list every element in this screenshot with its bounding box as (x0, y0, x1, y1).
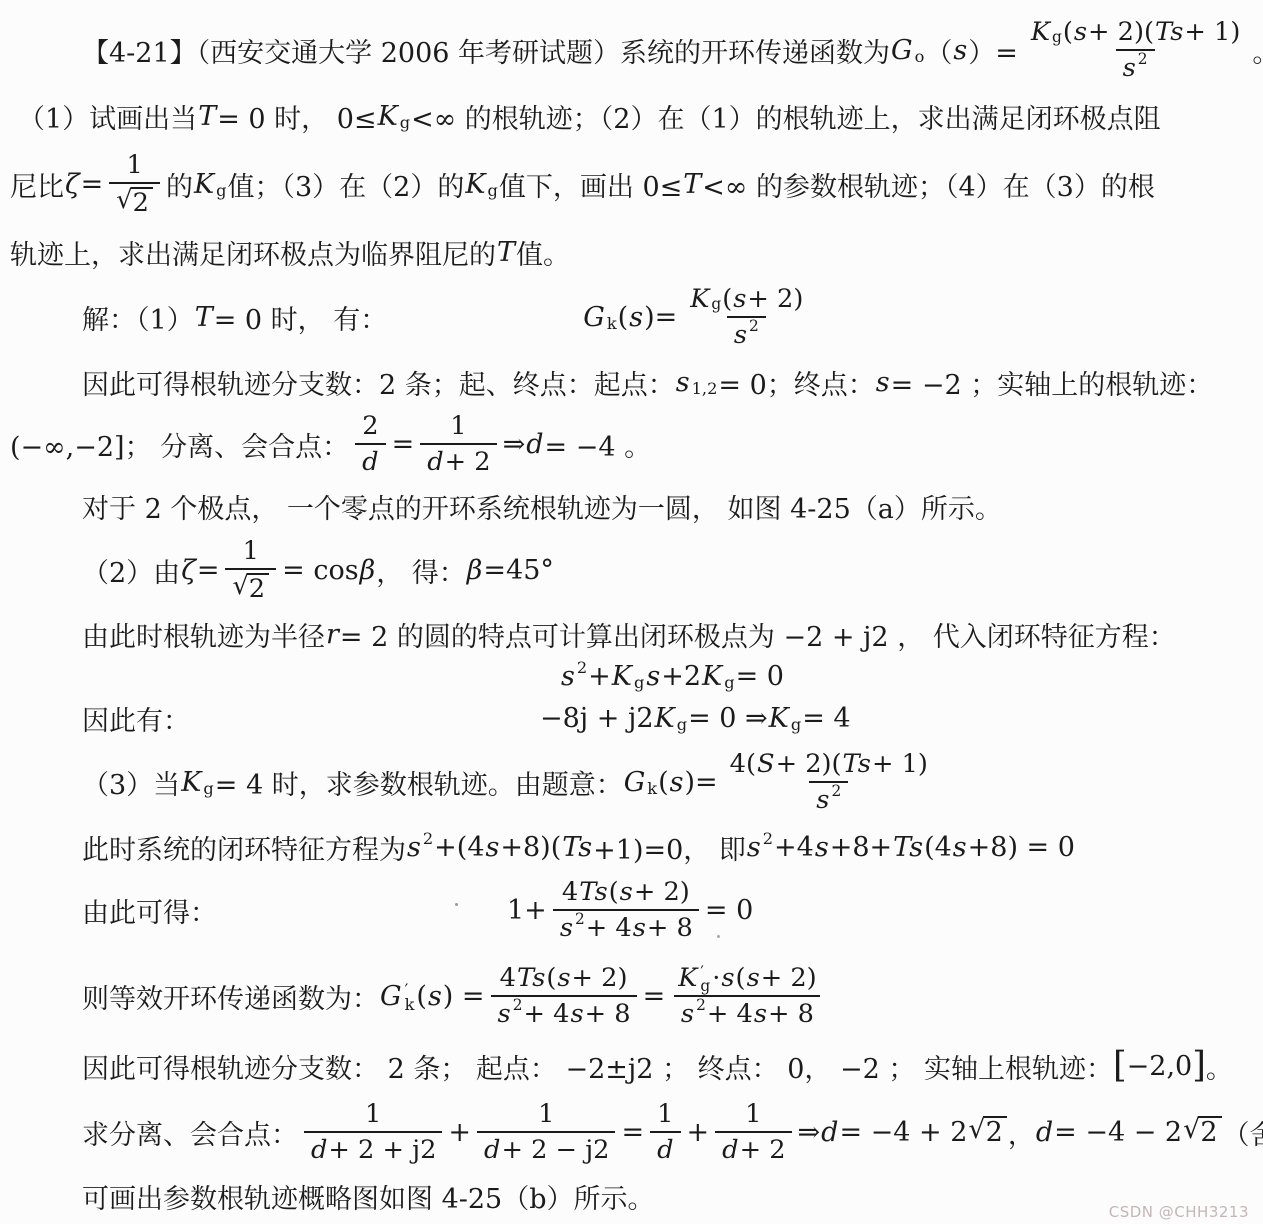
denominator: s2 (809, 781, 848, 815)
text-run: + 2) (572, 964, 628, 993)
fraction: 1√2 (225, 537, 276, 603)
text-run: + 2 (445, 448, 491, 477)
fraction: 4Ts(s + 2)s2 + 4s + 8 (553, 878, 699, 942)
math-var: ζ (180, 555, 197, 586)
text-run: )= (685, 767, 718, 798)
math-var: d (1035, 1117, 1054, 1148)
denominator: d + 2 (715, 1131, 791, 1165)
text-run: （3）当 (82, 763, 180, 802)
part1-breakaway-line: (−∞,−2]； 分离、会合点： 2d = 1d + 2 ⇒ d = −4 。 (0, 404, 1263, 484)
math-var: s (619, 878, 634, 907)
numerator: 1 (532, 1100, 560, 1131)
subscript: g (634, 673, 644, 692)
superscript: 2 (1138, 51, 1148, 68)
subscript: k (647, 779, 657, 798)
line-label: 因此有： (82, 699, 190, 738)
text-run: ( (722, 285, 732, 314)
text-run: 尼比 (10, 165, 64, 204)
text-run: + 2 − j2 (501, 1136, 609, 1165)
text-run: 2 (986, 1117, 1003, 1148)
denominator: d + 2 (420, 443, 496, 477)
text-run: = 4 (802, 703, 850, 734)
fraction: 1d + 2 + j2 (304, 1100, 442, 1164)
math-var: s (732, 285, 747, 314)
superscript: 2 (763, 829, 773, 848)
text-run: 【4-21】（西安交通大学 2006 年考研试题）系统的开环传递函数为 (82, 31, 890, 70)
text-run: · (712, 964, 720, 993)
text-run: 2 (133, 188, 149, 218)
text-run: ， (1008, 1113, 1035, 1152)
text-run: 4 (562, 878, 578, 907)
part3-breakaway-line: 求分离、会合点： 1d + 2 + j2+1d + 2 − j2 = 1d+1d… (0, 1090, 1263, 1174)
text-run: 轨迹上，求出满足闭环极点为临界阻尼的 (10, 233, 496, 272)
text-run: = (81, 169, 104, 200)
text-run: <∞ 的参数根轨迹；（4）在（3）的根 (702, 165, 1155, 204)
text-run: 解：（1） (82, 298, 194, 337)
fraction: 1d + 2 (715, 1100, 791, 1164)
radicand: 2 (247, 573, 269, 603)
problem-statement-line-3: 尼比 ζ = 1√2 的 Kg 值；（3）在（2）的 Kg 值下，画出 0≤T<… (0, 138, 1263, 230)
math-var: K (377, 101, 399, 132)
superscript: 2 (696, 997, 706, 1014)
text-run: ( (618, 302, 629, 333)
text-run: 。 (1252, 31, 1263, 70)
math-var: s (632, 914, 647, 943)
text-run: 值。 (516, 233, 570, 272)
radicand: 2 (131, 187, 153, 217)
math-var: s (1073, 18, 1088, 47)
text-run: = 0 (705, 895, 753, 926)
math-var: d (361, 448, 379, 477)
subscript: g (711, 296, 721, 313)
text-run: 因此有： (82, 699, 190, 738)
superscript: 2 (577, 658, 587, 677)
subscript: g (400, 113, 410, 132)
math-var: d (525, 429, 544, 460)
math-var: T (496, 237, 516, 268)
math-var: s (675, 367, 691, 398)
text-run: = (643, 981, 666, 1012)
text-run: = 0 时， 0≤ (217, 97, 376, 136)
math-var: ζ (64, 169, 81, 200)
math-var: s (814, 832, 830, 863)
math-var: Ts (1154, 18, 1184, 47)
text-run: ( (1063, 18, 1073, 47)
text-run: )= (644, 302, 677, 333)
text-run: + 8 (585, 1000, 631, 1029)
math-var: T (197, 101, 217, 132)
math-var: s (815, 786, 830, 815)
scanned-document-page: 【4-21】（西安交通大学 2006 年考研试题）系统的开环传递函数为 Go（s… (0, 0, 1263, 1224)
math-var: K (1030, 18, 1051, 47)
numerator: 1 (120, 151, 148, 182)
text-run: + 2)( (1088, 18, 1154, 47)
text-run: + 4 (707, 1000, 753, 1029)
text-run: ⇒ (798, 1117, 821, 1148)
math-var: K (689, 285, 710, 314)
text-run: = 4 时，求参数根轨迹。由题意： (215, 763, 623, 802)
text-run: + 2) (761, 964, 817, 993)
text-run: +8+ (830, 832, 892, 863)
csdn-watermark: CSDN @CHH3213 (1109, 1203, 1249, 1221)
fraction: Kg(s + 2)(Ts + 1)s2 (1024, 18, 1247, 82)
math-var: s (875, 367, 891, 398)
text-run: −2,0 (1127, 1051, 1193, 1082)
part3-derived-equation: 由此可得： 1+4Ts(s + 2)s2 + 4s + 8 = 0 (0, 870, 1263, 950)
radicand: 2 (1198, 1116, 1221, 1147)
text-run: + 8 (768, 1000, 814, 1029)
math-var: K (677, 964, 698, 993)
math-var: d (426, 448, 444, 477)
text-run: ( (609, 878, 619, 907)
line-formula: Gk(s)= Kg(s + 2)s2 (582, 285, 815, 349)
math-var: s (1122, 54, 1137, 83)
text-run: +(4 (434, 832, 484, 863)
square-root: √2 (1183, 1116, 1221, 1147)
text-run: 1 (365, 1100, 381, 1129)
text-run: 求分离、会合点： (82, 1113, 298, 1152)
line-formula: −8j + j2Kg = 0 ⇒ Kg = 4 (540, 703, 851, 734)
text-run: = 0 ⇒ (688, 703, 768, 734)
numerator: Kg(s + 2) (683, 285, 809, 316)
math-var: K (193, 169, 215, 200)
part2-zeta-line: （2）由 ζ = 1√2 = cosβ ， 得： β =45° (0, 528, 1263, 612)
text-run: 由此可得： (82, 891, 217, 930)
math-var: Ts (578, 878, 608, 907)
part2-kg-result: 因此有： −8j + j2Kg = 0 ⇒ Kg = 4 (0, 696, 1263, 740)
math-var: s (669, 767, 685, 798)
text-run: 2 (362, 412, 378, 441)
sub-letter: g (700, 980, 710, 994)
text-run: + 2)( (776, 750, 842, 779)
math-var: d (483, 1136, 501, 1165)
denominator: d (355, 443, 385, 477)
math-var: K (180, 767, 202, 798)
text-run: 1 (657, 1100, 673, 1129)
square-root: √2 (116, 187, 153, 217)
superscript: 2 (831, 783, 841, 800)
math-var: s (952, 35, 968, 66)
text-run: ( (658, 767, 669, 798)
math-var: S (756, 750, 776, 779)
text-run: = 0 时， 有： (214, 298, 388, 337)
superscript: 2 (575, 911, 585, 928)
text-run: (4 (924, 832, 952, 863)
math-var: T (682, 169, 702, 200)
text-run: +8) = 0 (968, 832, 1075, 863)
text-run: 因此可得根轨迹分支数： 2 条； 起点： −2±j2 ； 终点： 0， −2 ；… (82, 1047, 1113, 1086)
text-run: ， 得： (376, 551, 466, 590)
subscript: g (203, 779, 213, 798)
math-var: K (654, 703, 676, 734)
math-var: G (582, 302, 606, 333)
subscript: g (488, 181, 498, 200)
numerator: 1 (444, 412, 472, 443)
problem-statement-line-1: 【4-21】（西安交通大学 2006 年考研试题）系统的开环传递函数为 Go（s… (0, 6, 1263, 94)
math-var: s (746, 964, 761, 993)
part1-circle-note: 对于 2 个极点， 一个零点的开环系统根轨迹为一圆， 如图 4-25（a）所示。 (0, 484, 1263, 528)
math-var: K (464, 169, 486, 200)
text-run: 值；（3）在（2）的 (227, 165, 464, 204)
numerator: 1 (651, 1100, 679, 1131)
denominator: d + 2 − j2 (477, 1131, 615, 1165)
subscript: 1,2 (692, 379, 718, 398)
denominator: s2 + 4s + 8 (491, 995, 637, 1029)
radicand: 2 (984, 1116, 1007, 1147)
part3-conclusion: 可画出参数根轨迹概略图如图 4-25（b）所示。 (0, 1174, 1263, 1218)
part2-char-equation: s2+Kgs+2Kg = 0 (0, 656, 1263, 696)
text-run: （2）由 (82, 551, 180, 590)
math-var: s (497, 1000, 512, 1029)
square-root: √2 (232, 573, 269, 603)
text-run: 4 (500, 964, 516, 993)
math-var: s (720, 964, 735, 993)
math-var: K (701, 661, 723, 692)
text-run: + 2 (740, 1136, 786, 1165)
text-run: = (392, 429, 415, 460)
numerator: 4Ts(s + 2) (556, 878, 696, 909)
line-formula: s2+Kgs+2Kg = 0 (560, 661, 784, 692)
math-var: s (746, 832, 762, 863)
fraction: Kg(s + 2)s2 (683, 285, 809, 349)
part3-intro: （3）当 Kg= 4 时，求参数根轨迹。由题意： Gk(s)= 4(S + 2)… (0, 740, 1263, 824)
text-run: 由此时根轨迹为半径 (82, 615, 325, 654)
numerator: K′g ·s(s + 2) (671, 964, 822, 995)
numerator: 1 (739, 1100, 767, 1131)
text-run: = −4 + 2 (839, 1117, 967, 1148)
numerator: Kg(s + 2)(Ts + 1) (1024, 18, 1247, 49)
text-run: ( (416, 981, 427, 1012)
fraction: 1d + 2 − j2 (477, 1100, 615, 1164)
fraction: 1d (650, 1100, 680, 1164)
text-run: + 1) (872, 750, 928, 779)
text-run: ( (736, 964, 746, 993)
text-run: =45° (483, 555, 553, 586)
text-run: （舍去） (1223, 1113, 1263, 1152)
text-run: = 0 (736, 661, 784, 692)
problem-statement-line-2: （1）试画出当 T = 0 时， 0≤Kg<∞ 的根轨迹；（2）在（1）的根轨迹… (0, 94, 1263, 138)
text-run: 。 (1206, 1047, 1233, 1086)
math-var: s (569, 1000, 584, 1029)
text-run: = −2 ；实轴上的根轨迹： (891, 363, 1214, 402)
text-run: + 4 (524, 1000, 570, 1029)
math-var: s (556, 964, 571, 993)
math-var: s (560, 661, 576, 692)
part1-branches-line: 因此可得根轨迹分支数：2 条；起、终点：起点：s1,2 = 0；终点： s = … (0, 360, 1263, 404)
line-label: 由此可得： (82, 891, 217, 930)
text-run: 可画出参数根轨迹概略图如图 4-25（b）所示。 (82, 1177, 655, 1216)
math-var: d (310, 1136, 328, 1165)
text-run: + 1) (1184, 18, 1240, 47)
problem-statement-line-4: 轨迹上，求出满足闭环极点为临界阻尼的 T 值。 (0, 230, 1263, 274)
math-var: r (325, 619, 340, 650)
text-run: 2 (1200, 1117, 1217, 1148)
subscript: g (791, 715, 801, 734)
denominator: s2 (727, 316, 766, 350)
text-run: (−∞,−2]； 分离、会合点： (10, 425, 349, 464)
prime-subscript: ′g (700, 966, 710, 994)
scan-speck (455, 903, 458, 906)
math-var: β (466, 555, 484, 586)
math-var: Ts (842, 750, 872, 779)
math-var: s (427, 981, 443, 1012)
math-var: d (721, 1136, 739, 1165)
square-root: √2 (968, 1116, 1006, 1147)
math-var: s (559, 914, 574, 943)
text-run: 1 (243, 537, 259, 566)
text-run: + 8 (647, 914, 693, 943)
subscript: k (607, 314, 617, 333)
text-run: 1 (745, 1100, 761, 1129)
denominator: s2 + 4s + 8 (674, 995, 820, 1029)
math-var: G (379, 981, 403, 1012)
text-run: 1+ (507, 895, 547, 926)
text-run: = (197, 555, 220, 586)
text-run: = −4 。 (545, 425, 652, 464)
prime-subscript: ′k (405, 983, 415, 1012)
text-run: −8j + j2 (540, 703, 654, 734)
line-formula: 1+4Ts(s + 2)s2 + 4s + 8 = 0 (507, 878, 753, 942)
math-var: K (768, 703, 790, 734)
fraction: 4(S + 2)(Ts + 1)s2 (724, 750, 934, 814)
math-var: Ts (561, 832, 593, 863)
superscript: 2 (423, 829, 433, 848)
math-var: s (680, 1000, 695, 1029)
text-run: 值下，画出 0≤ (499, 165, 682, 204)
text-run: +4 (774, 832, 814, 863)
subscript: g (1052, 29, 1062, 46)
sub-letter: k (405, 998, 415, 1013)
text-run: 1 (538, 1100, 554, 1129)
denominator: s2 (1116, 49, 1155, 83)
text-run: （ (925, 31, 952, 70)
subscript: g (724, 673, 734, 692)
text-run: ⇒ (503, 429, 526, 460)
text-run: + (687, 1117, 710, 1148)
math-var: K (611, 661, 633, 692)
part3-char-equation: 此时系统的闭环特征方程为 s2+(4s+8)(Ts+1)=0， 即 s2+4s+… (0, 824, 1263, 870)
text-run: + 2) (747, 285, 803, 314)
superscript: 2 (513, 997, 523, 1014)
math-var: d (820, 1117, 839, 1148)
text-run: + 4 (586, 914, 632, 943)
subscript: o (915, 47, 925, 66)
text-run: +2 (661, 661, 701, 692)
text-run: ）= (968, 31, 1018, 70)
text-run: +8)( (500, 832, 561, 863)
math-var: s (952, 832, 968, 863)
math-var: G (890, 35, 914, 66)
text-run: ( (546, 964, 556, 993)
math-var: s (485, 832, 501, 863)
fraction: K′g ·s(s + 2)s2 + 4s + 8 (671, 964, 822, 1028)
math-var: s (733, 321, 748, 350)
numerator: 2 (356, 412, 384, 443)
denominator: s2 + 4s + 8 (553, 909, 699, 943)
numerator: 1 (237, 537, 265, 568)
text-run: （1）试画出当 (18, 97, 197, 136)
denominator: d (650, 1131, 680, 1165)
math-var: Ts (516, 964, 546, 993)
line-label: 解：（1）T = 0 时， 有： (82, 298, 387, 337)
fraction: 2d (355, 412, 385, 476)
math-var: s (406, 832, 422, 863)
text-run: 1 (126, 151, 142, 180)
text-run: 因此可得根轨迹分支数：2 条；起、终点：起点： (82, 363, 675, 402)
numerator: 4(S + 2)(Ts + 1) (724, 750, 934, 781)
text-run: 2 (249, 574, 265, 604)
fraction: 1d + 2 (420, 412, 496, 476)
text-run: <∞ 的根轨迹；（2）在（1）的根轨迹上，求出满足闭环极点阻 (411, 97, 1161, 136)
math-var: s (628, 302, 644, 333)
text-run: 则等效开环传递函数为： (82, 977, 379, 1016)
part2-radius-line: 由此时根轨迹为半径 r = 2 的圆的特点可计算出闭环极点为 −2 + j2 ，… (0, 612, 1263, 656)
text-run: +1)=0， 即 (593, 828, 746, 867)
part3-branches-line: 因此可得根轨迹分支数： 2 条； 起点： −2±j2 ； 终点： 0， −2 ；… (0, 1042, 1263, 1090)
text-run: + (588, 661, 611, 692)
text-run: 的 (166, 165, 193, 204)
text-run: ) = (443, 981, 485, 1012)
fraction: 1√2 (109, 151, 160, 217)
text-run: + 2 + j2 (328, 1136, 436, 1165)
math-var: d (656, 1136, 674, 1165)
part3-equivalent-tf: 则等效开环传递函数为： G′k(s) = 4Ts(s + 2)s2 + 4s +… (0, 950, 1263, 1042)
text-run: = 0；终点： (718, 363, 874, 402)
fraction: 4Ts(s + 2)s2 + 4s + 8 (491, 964, 637, 1028)
big-bracket: [ (1113, 1045, 1127, 1086)
solution-part1-intro: 解：（1）T = 0 时， 有： Gk(s)= Kg(s + 2)s2 (0, 274, 1263, 360)
text-run: + (448, 1117, 471, 1148)
math-var: Ts (892, 832, 924, 863)
text-run: 4( (730, 750, 756, 779)
denominator: √2 (225, 568, 276, 603)
math-var: T (194, 302, 214, 333)
subscript: g (677, 715, 687, 734)
text-run: = (621, 1117, 644, 1148)
math-var: s (753, 1000, 768, 1029)
text-run: = cos (282, 555, 358, 586)
text-run: 1 (450, 412, 466, 441)
big-bracket: ] (1192, 1045, 1206, 1086)
text-run: + 2) (634, 878, 690, 907)
text-run: 此时系统的闭环特征方程为 (82, 828, 406, 867)
math-var: G (623, 767, 647, 798)
denominator: √2 (109, 182, 160, 217)
math-var: s (645, 661, 661, 692)
math-var: β (359, 555, 377, 586)
subscript: g (216, 181, 226, 200)
text-run: 对于 2 个极点， 一个零点的开环系统根轨迹为一圆， 如图 4-25（a）所示。 (82, 487, 1002, 526)
text-run: = −4 − 2 (1054, 1117, 1182, 1148)
superscript: 2 (749, 318, 759, 335)
text-run: = 2 的圆的特点可计算出闭环极点为 −2 + j2 ， 代入闭环特征方程： (340, 615, 1176, 654)
numerator: 1 (359, 1100, 387, 1131)
denominator: d + 2 + j2 (304, 1131, 442, 1165)
numerator: 4Ts(s + 2) (494, 964, 634, 995)
